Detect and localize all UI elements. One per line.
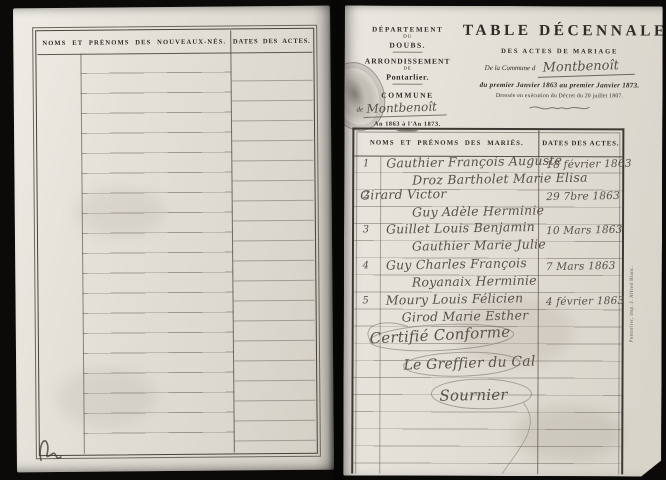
title-commune-line: De la Commune d Montbenoît (463, 59, 657, 77)
ornament-divider (527, 103, 591, 112)
arrondissement-label: ARRONDISSEMENT (353, 56, 463, 65)
names-header: NOMS ET PRÉNOMS DES MARIÉS. (354, 129, 539, 156)
marriage-table-body: 1 Gauthier François Auguste Droz Barthol… (353, 155, 622, 474)
pencil-mark (33, 424, 71, 466)
du-label: DU (353, 34, 463, 39)
decree-line: Dressée en exécution du Décret du 20 jui… (462, 93, 656, 100)
marriage-table: NOMS ET PRÉNOMS DES MARIÉS. DATES DES AC… (351, 127, 624, 474)
ruled-lines-dates (231, 52, 315, 451)
title-block: TABLE DÉCENNALE DES ACTES DE MARIAGE De … (462, 22, 656, 118)
page-subtitle: DES ACTES DE MARIAGE (463, 48, 657, 56)
left-dates-header: DATES DES ACTES. (230, 30, 312, 53)
left-page: NOMS ET PRÉNOMS DES NOUVEAUX-NÉS. DATES … (13, 6, 334, 473)
left-names-header: NOMS ET PRÉNOMS DES NOUVEAUX-NÉS. (37, 30, 231, 54)
document-scan: NOMS ET PRÉNOMS DES NOUVEAUX-NÉS. DATES … (0, 0, 666, 480)
left-table: NOMS ET PRÉNOMS DES NOUVEAUX-NÉS. DATES … (32, 25, 321, 459)
divider-rule (393, 84, 423, 85)
signature-flourish (353, 155, 622, 474)
divider-rule (393, 52, 423, 53)
left-table-body (37, 52, 315, 454)
departement-label: DÉPARTEMENT (353, 25, 463, 33)
title-commune-handwritten: Montbenoît (537, 58, 635, 78)
admin-block: DÉPARTEMENT DU DOUBS. ARRONDISSEMENT DE … (352, 25, 462, 131)
doubs-label: DOUBS. (353, 40, 463, 49)
ruled-lines (80, 52, 234, 451)
right-page: DÉPARTEMENT DU DOUBS. ARRONDISSEMENT DE … (343, 5, 663, 476)
title-commune-prefix: De la Commune d (485, 64, 536, 72)
page-title: TABLE DÉCENNALE (463, 22, 657, 41)
date-range-line: du premier Janvier 1863 au premier Janvi… (463, 81, 657, 90)
printer-credit: Pontarlier, imp. J. Alfred Blanc. (630, 250, 635, 342)
